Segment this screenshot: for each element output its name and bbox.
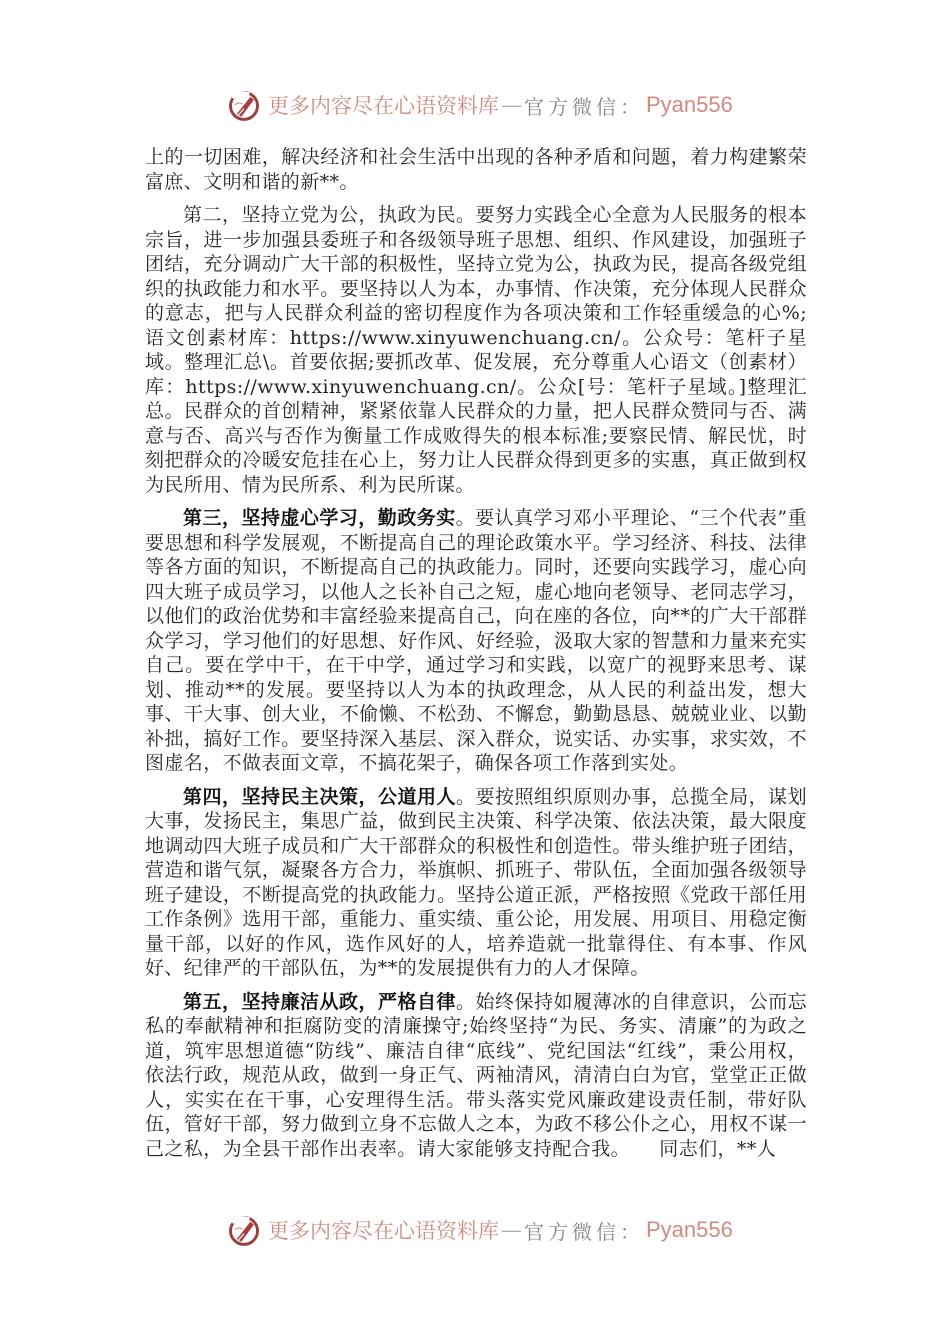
- paragraph-fifth-point: 第五，坚持廉洁从政，严格自律。始终保持如履薄冰的自律意识，公而忘私的奉献精神和拒…: [145, 990, 807, 1162]
- banner-dash: —: [501, 1218, 522, 1242]
- quill-pen-logo-icon: [226, 1212, 262, 1248]
- banner-wechat-id: Pyan556: [646, 92, 733, 118]
- quill-pen-logo-icon: [226, 87, 262, 123]
- banner-wechat-label: 官方微信：: [524, 91, 644, 120]
- paragraph-second-point: 第二，坚持立党为公，执政为民。要努力实践全心全意为人民服务的根本宗旨，进一步加强…: [145, 203, 807, 497]
- banner-wechat-id: Pyan556: [646, 1217, 733, 1243]
- paragraph-continuation: 上的一切困难，解决经济和社会生活中出现的各种矛盾和问题，着力构建繁荣富庶、文明和…: [145, 145, 807, 194]
- paragraph-text: 。要按照组织原则办事，总揽全局，谋划大事，发扬民主，集思广益，做到民主决策、科学…: [145, 786, 807, 980]
- banner-wechat-label: 官方微信：: [524, 1216, 644, 1245]
- banner-site-text: 更多内容尽在心语资料库: [268, 1215, 499, 1245]
- header-banner: 更多内容尽在心语资料库 — 官方微信： Pyan556: [226, 83, 726, 127]
- footer-banner: 更多内容尽在心语资料库 — 官方微信： Pyan556: [226, 1208, 726, 1252]
- paragraph-heading: 第五，坚持廉洁从政，严格自律: [183, 991, 456, 1013]
- banner-dash: —: [501, 93, 522, 117]
- paragraph-text: 。始终保持如履薄冰的自律意识，公而忘私的奉献精神和拒腐防变的清廉操守;始终坚持“…: [145, 991, 807, 1160]
- paragraph-third-point: 第三，坚持虚心学习，勤政务实。要认真学习邓小平理论、“三个代表”重要思想和科学发…: [145, 506, 807, 776]
- document-body: 上的一切困难，解决经济和社会生活中出现的各种矛盾和问题，着力构建繁荣富庶、文明和…: [145, 145, 807, 1170]
- paragraph-text: 上的一切困难，解决经济和社会生活中出现的各种矛盾和问题，着力构建繁荣富庶、文明和…: [145, 146, 807, 193]
- paragraph-text: 。要认真学习邓小平理论、“三个代表”重要思想和科学发展观，不断提高自己的理论政策…: [145, 507, 807, 774]
- banner-site-text: 更多内容尽在心语资料库: [268, 90, 499, 120]
- paragraph-heading: 第四，坚持民主决策，公道用人: [183, 786, 456, 808]
- paragraph-text: 第二，坚持立党为公，执政为民。要努力实践全心全意为人民服务的根本宗旨，进一步加强…: [145, 204, 807, 496]
- paragraph-fourth-point: 第四，坚持民主决策，公道用人。要按照组织原则办事，总揽全局，谋划大事，发扬民主，…: [145, 785, 807, 981]
- paragraph-heading: 第三，坚持虚心学习，勤政务实: [183, 507, 456, 529]
